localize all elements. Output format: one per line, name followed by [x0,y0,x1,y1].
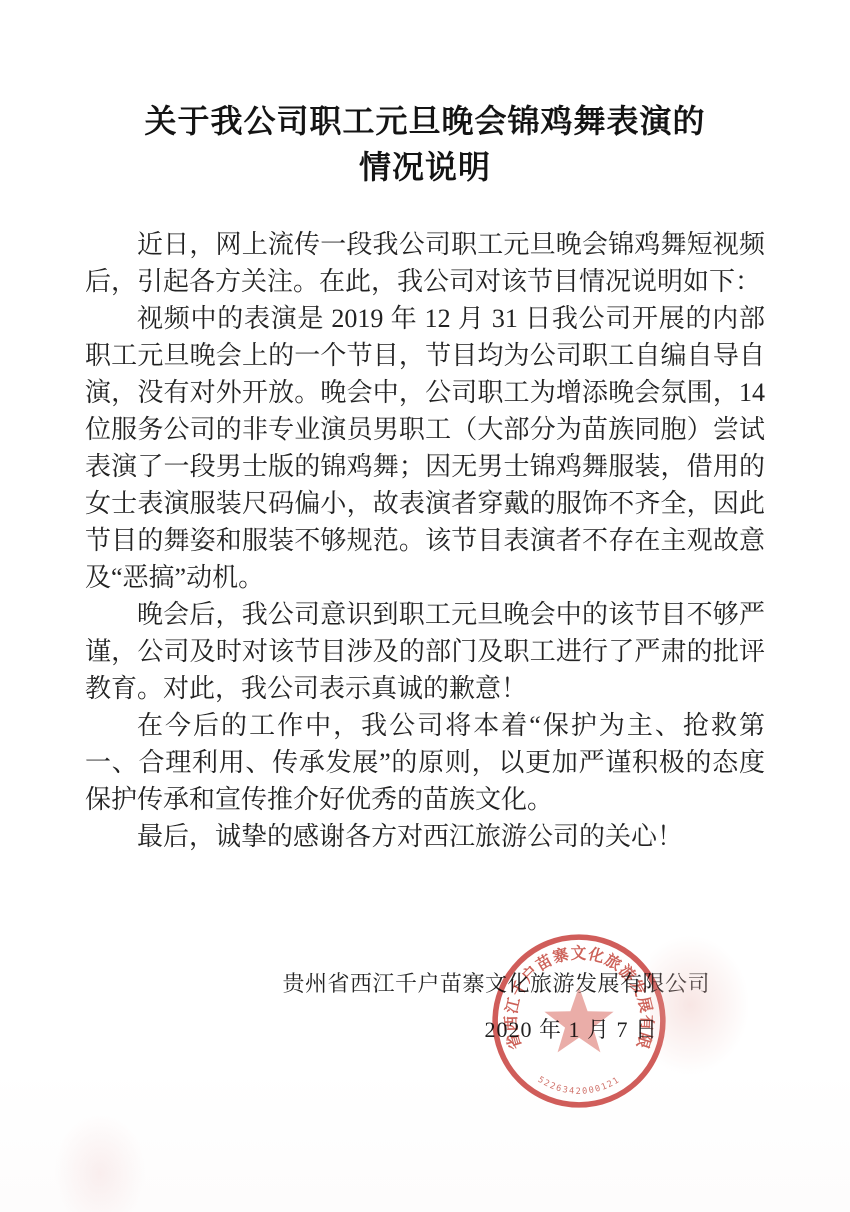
title-line-1: 关于我公司职工元旦晚会锦鸡舞表演的 [144,103,705,139]
document-body: 近日，网上流传一段我公司职工元旦晚会锦鸡舞短视频后，引起各方关注。在此，我公司对… [85,226,765,855]
seal-serial-number: 5226342000121 [536,1075,622,1097]
document-page: 关于我公司职工元旦晚会锦鸡舞表演的 情况说明 近日，网上流传一段我公司职工元旦晚… [0,0,850,1212]
signature-block: 贵州省西江千户苗寨文化旅游发展有限公司 2020 年 1 月 7 日 [0,967,850,1044]
body-paragraph: 晚会后，我公司意识到职工元旦晚会中的该节目不够严谨，公司及时对该节目涉及的部门及… [85,596,765,707]
body-paragraph: 视频中的表演是 2019 年 12 月 31 日我公司开展的内部职工元旦晚会上的… [85,300,765,596]
body-paragraph: 最后，诚挚的感谢各方对西江旅游公司的关心！ [85,818,765,855]
body-paragraph: 近日，网上流传一段我公司职工元旦晚会锦鸡舞短视频后，引起各方关注。在此，我公司对… [85,226,765,300]
signature-date: 2020 年 1 月 7 日 [0,1013,850,1044]
signature-company: 贵州省西江千户苗寨文化旅游发展有限公司 [0,967,850,998]
title-line-2: 情况说明 [359,149,491,185]
document-title: 关于我公司职工元旦晚会锦鸡舞表演的 情况说明 [0,0,850,190]
scan-smudge-bottom-left [55,1115,145,1212]
body-paragraph: 在今后的工作中，我公司将本着“保护为主、抢救第一、合理利用、传承发展”的原则，以… [85,707,765,818]
